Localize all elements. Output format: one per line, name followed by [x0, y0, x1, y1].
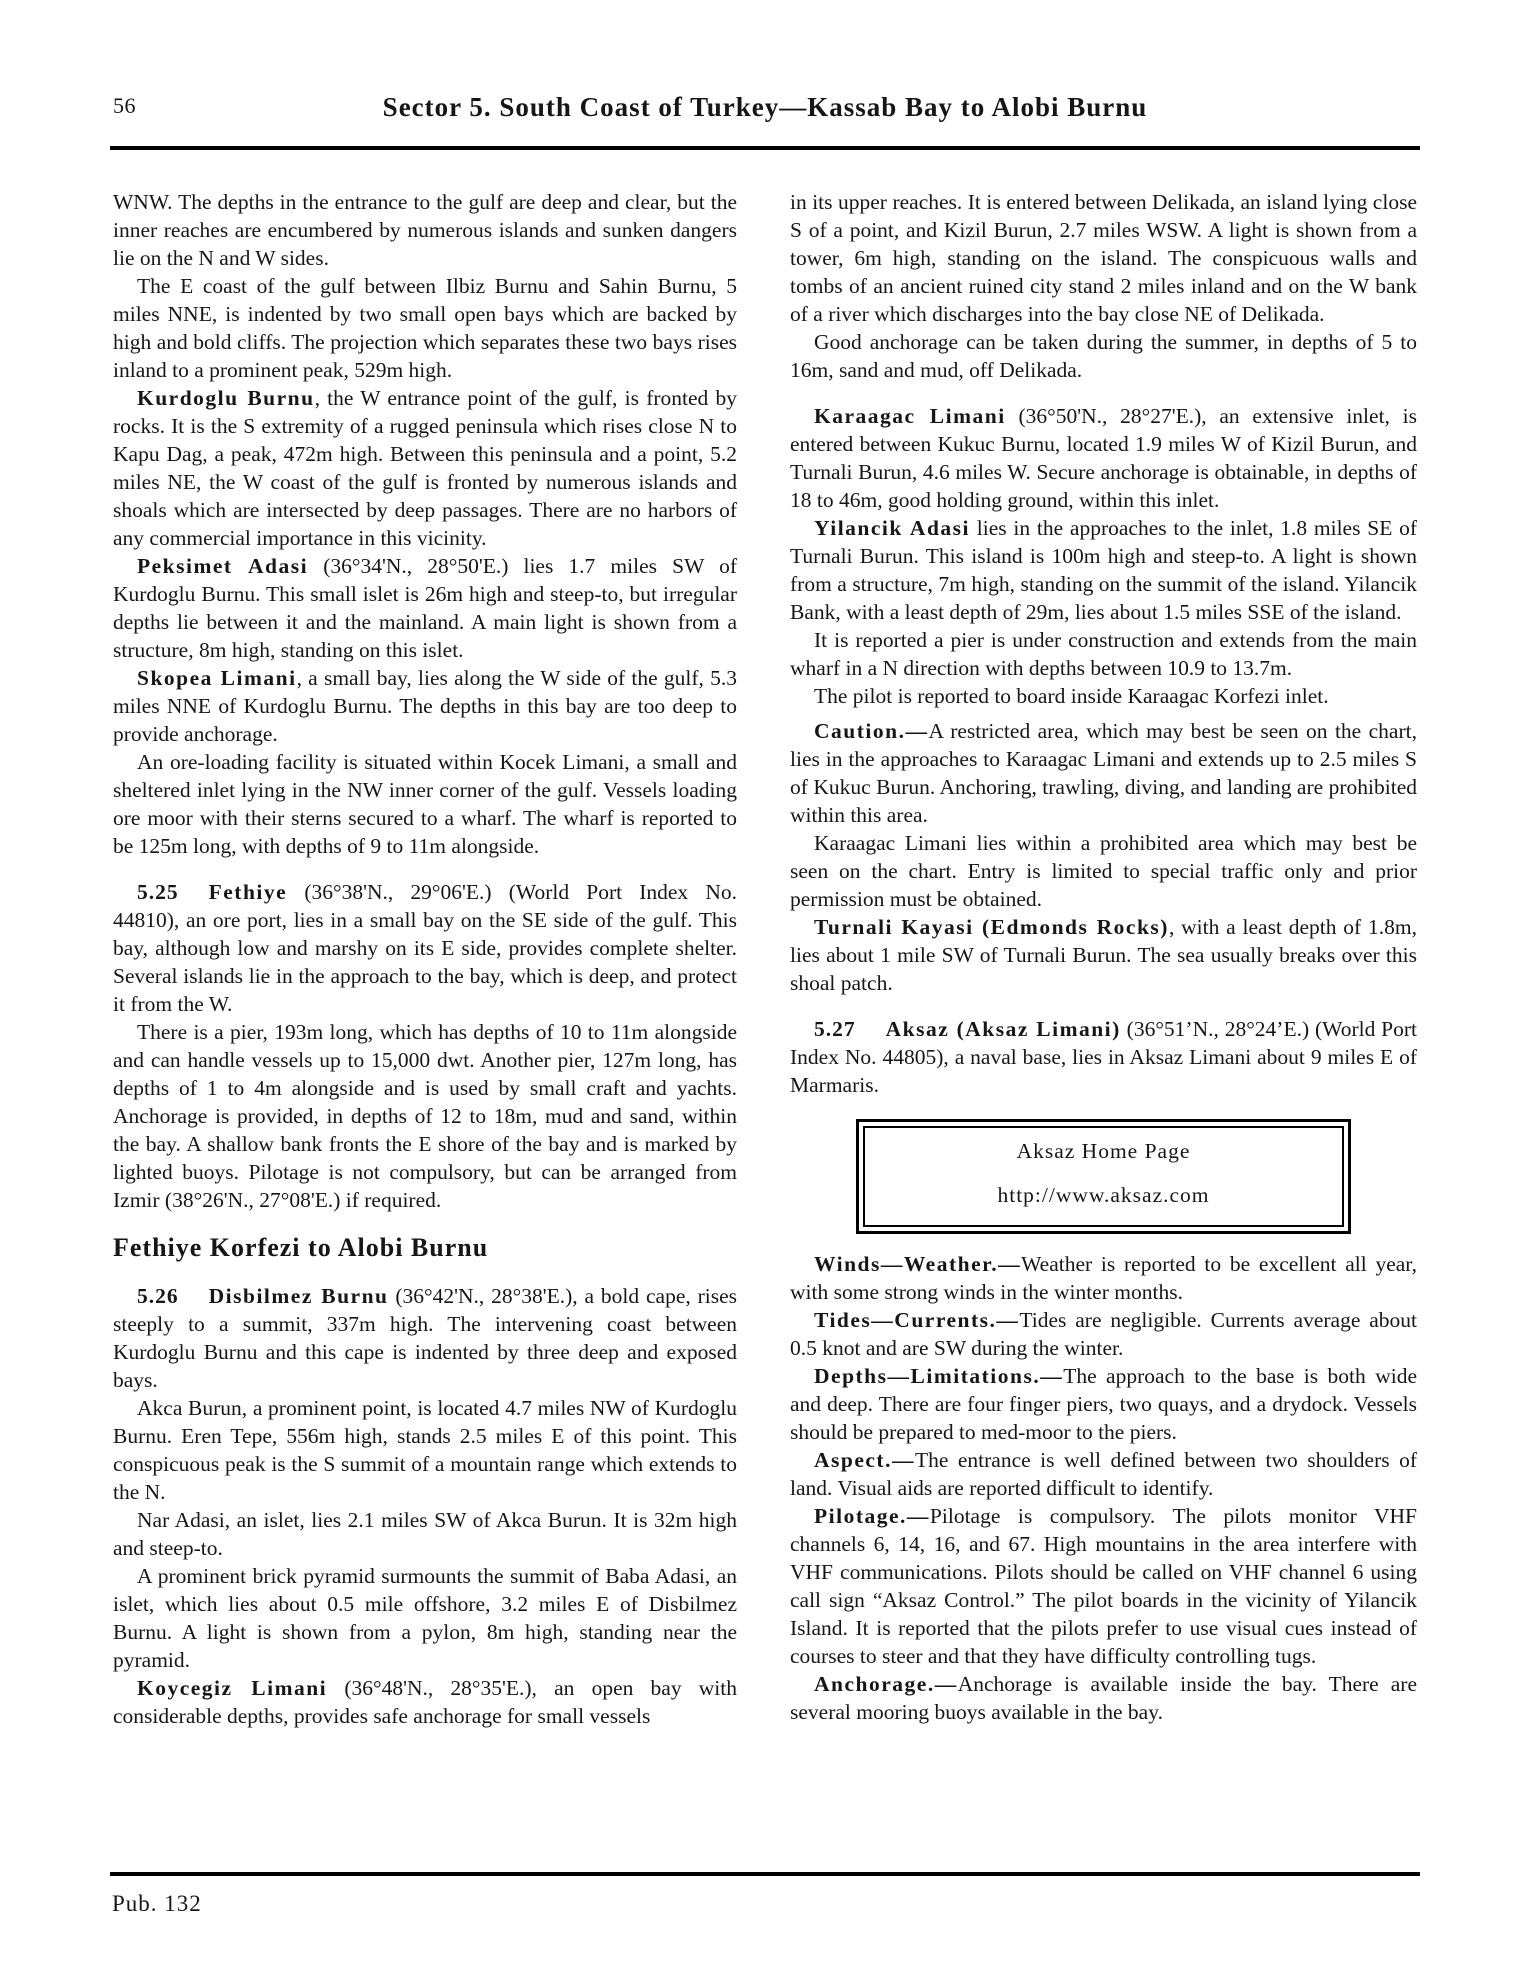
aksaz-homepage-box-inner: Aksaz Home Pagehttp://www.aksaz.com	[863, 1126, 1344, 1227]
paragraph-number: 5.27	[814, 1017, 856, 1041]
column-left: WNW. The depths in the entrance to the g…	[113, 188, 737, 1730]
paragraph: 5.26Disbilmez Burnu (36°42'N., 28°38'E.)…	[113, 1282, 737, 1394]
paragraph-text: There is a pier, 193m long, which has de…	[113, 1020, 737, 1212]
page-number: 56	[113, 92, 136, 120]
feature-name: Anchorage.—	[814, 1672, 958, 1696]
paragraph: Depths—Limitations.—The approach to the …	[790, 1362, 1417, 1446]
header-title: Sector 5. South Coast of Turkey—Kassab B…	[110, 90, 1420, 124]
paragraph: in its upper reaches. It is entered betw…	[790, 188, 1417, 328]
paragraph: Skopea Limani, a small bay, lies along t…	[113, 664, 737, 748]
column-right: in its upper reaches. It is entered betw…	[790, 188, 1417, 1730]
paragraph: Caution.—A restricted area, which may be…	[790, 717, 1417, 829]
page: 56 Sector 5. South Coast of Turkey—Kassa…	[0, 0, 1530, 1980]
paragraph-text: Nar Adasi, an islet, lies 2.1 miles SW o…	[113, 1508, 737, 1560]
paragraph: Good anchorage can be taken during the s…	[790, 328, 1417, 384]
paragraph-text: , the W entrance point of the gulf, is f…	[113, 386, 737, 550]
paragraph-text: WNW. The depths in the entrance to the g…	[113, 190, 737, 270]
paragraph-text: The E coast of the gulf between Ilbiz Bu…	[113, 274, 737, 382]
paragraph: Karaagac Limani (36°50'N., 28°27'E.), an…	[790, 402, 1417, 514]
paragraph: Nar Adasi, an islet, lies 2.1 miles SW o…	[113, 1506, 737, 1562]
paragraph: 5.25Fethiye (36°38'N., 29°06'E.) (World …	[113, 878, 737, 1018]
paragraph: Kurdoglu Burnu, the W entrance point of …	[113, 384, 737, 552]
paragraph: There is a pier, 193m long, which has de…	[113, 1018, 737, 1214]
header-rule	[110, 146, 1420, 150]
paragraph-text: An ore-loading facility is situated with…	[113, 750, 737, 858]
paragraph-text: (36°38'N., 29°06'E.) (World Port Index N…	[113, 880, 737, 1016]
section-heading: Fethiye Korfezi to Alobi Burnu	[113, 1232, 737, 1264]
paragraph: Yilancik Adasi lies in the approaches to…	[790, 514, 1417, 626]
paragraph: Peksimet Adasi (36°34'N., 28°50'E.) lies…	[113, 552, 737, 664]
box-title: Aksaz Home Page	[873, 1138, 1334, 1165]
paragraph: Winds—Weather.—Weather is reported to be…	[790, 1250, 1417, 1306]
paragraph: An ore-loading facility is situated with…	[113, 748, 737, 860]
page-footer: Pub. 132	[112, 1890, 202, 1918]
paragraph-text: (36°42'N., 28°38'E.), a bold cape, rises…	[113, 1284, 737, 1392]
paragraph-number: 5.25	[137, 880, 179, 904]
feature-name: Fethiye	[209, 880, 288, 904]
feature-name: Pilotage.—	[814, 1504, 930, 1528]
feature-name: Karaagac Limani	[814, 404, 1006, 428]
feature-name: Koycegiz Limani	[137, 1676, 327, 1700]
paragraph: Anchorage.—Anchorage is available inside…	[790, 1670, 1417, 1726]
feature-name: Peksimet Adasi	[137, 554, 308, 578]
paragraph: Turnali Kayasi (Edmonds Rocks), with a l…	[790, 913, 1417, 997]
page-header: 56 Sector 5. South Coast of Turkey—Kassa…	[110, 90, 1420, 130]
paragraph: The pilot is reported to board inside Ka…	[790, 682, 1417, 710]
paragraph: WNW. The depths in the entrance to the g…	[113, 188, 737, 272]
content: WNW. The depths in the entrance to the g…	[113, 188, 1417, 1730]
paragraph: A prominent brick pyramid surmounts the …	[113, 1562, 737, 1674]
paragraph-text: Good anchorage can be taken during the s…	[790, 330, 1417, 382]
feature-name: Depths—Limitations.—	[814, 1364, 1063, 1388]
paragraph-text: It is reported a pier is under construct…	[790, 628, 1417, 680]
box-url: http://www.aksaz.com	[873, 1182, 1334, 1209]
aksaz-homepage-box: Aksaz Home Pagehttp://www.aksaz.com	[856, 1119, 1351, 1234]
feature-name: Winds—Weather.—	[814, 1252, 1021, 1276]
paragraph: Tides—Currents.—Tides are negligible. Cu…	[790, 1306, 1417, 1362]
paragraph: The E coast of the gulf between Ilbiz Bu…	[113, 272, 737, 384]
feature-name: Skopea Limani	[137, 666, 297, 690]
feature-name: Aksaz (Aksaz Limani)	[886, 1017, 1121, 1041]
paragraph: It is reported a pier is under construct…	[790, 626, 1417, 682]
feature-name: Kurdoglu Burnu	[137, 386, 315, 410]
paragraph-text: Karaagac Limani lies within a prohibited…	[790, 831, 1417, 911]
paragraph-text: Pilotage is compulsory. The pilots monit…	[790, 1504, 1417, 1668]
feature-name: Aspect.—	[814, 1448, 915, 1472]
paragraph-text: A prominent brick pyramid surmounts the …	[113, 1564, 737, 1672]
paragraph-text: in its upper reaches. It is entered betw…	[790, 190, 1417, 326]
paragraph-text: The pilot is reported to board inside Ka…	[814, 684, 1329, 708]
footer-rule	[110, 1872, 1420, 1876]
publication-label: Pub. 132	[112, 1891, 202, 1916]
paragraph: Karaagac Limani lies within a prohibited…	[790, 829, 1417, 913]
paragraph: Pilotage.—Pilotage is compulsory. The pi…	[790, 1502, 1417, 1670]
feature-name: Tides—Currents.—	[814, 1308, 1019, 1332]
paragraph: Koycegiz Limani (36°48'N., 28°35'E.), an…	[113, 1674, 737, 1730]
paragraph: 5.27Aksaz (Aksaz Limani) (36°51’N., 28°2…	[790, 1015, 1417, 1099]
feature-name: Disbilmez Burnu	[209, 1284, 389, 1308]
paragraph-text: Akca Burun, a prominent point, is locate…	[113, 1396, 737, 1504]
feature-name: Yilancik Adasi	[814, 516, 970, 540]
feature-name: Caution.—	[814, 719, 928, 743]
paragraph: Aspect.—The entrance is well defined bet…	[790, 1446, 1417, 1502]
feature-name: Turnali Kayasi (Edmonds Rocks)	[814, 915, 1169, 939]
paragraph: Akca Burun, a prominent point, is locate…	[113, 1394, 737, 1506]
paragraph-number: 5.26	[137, 1284, 179, 1308]
